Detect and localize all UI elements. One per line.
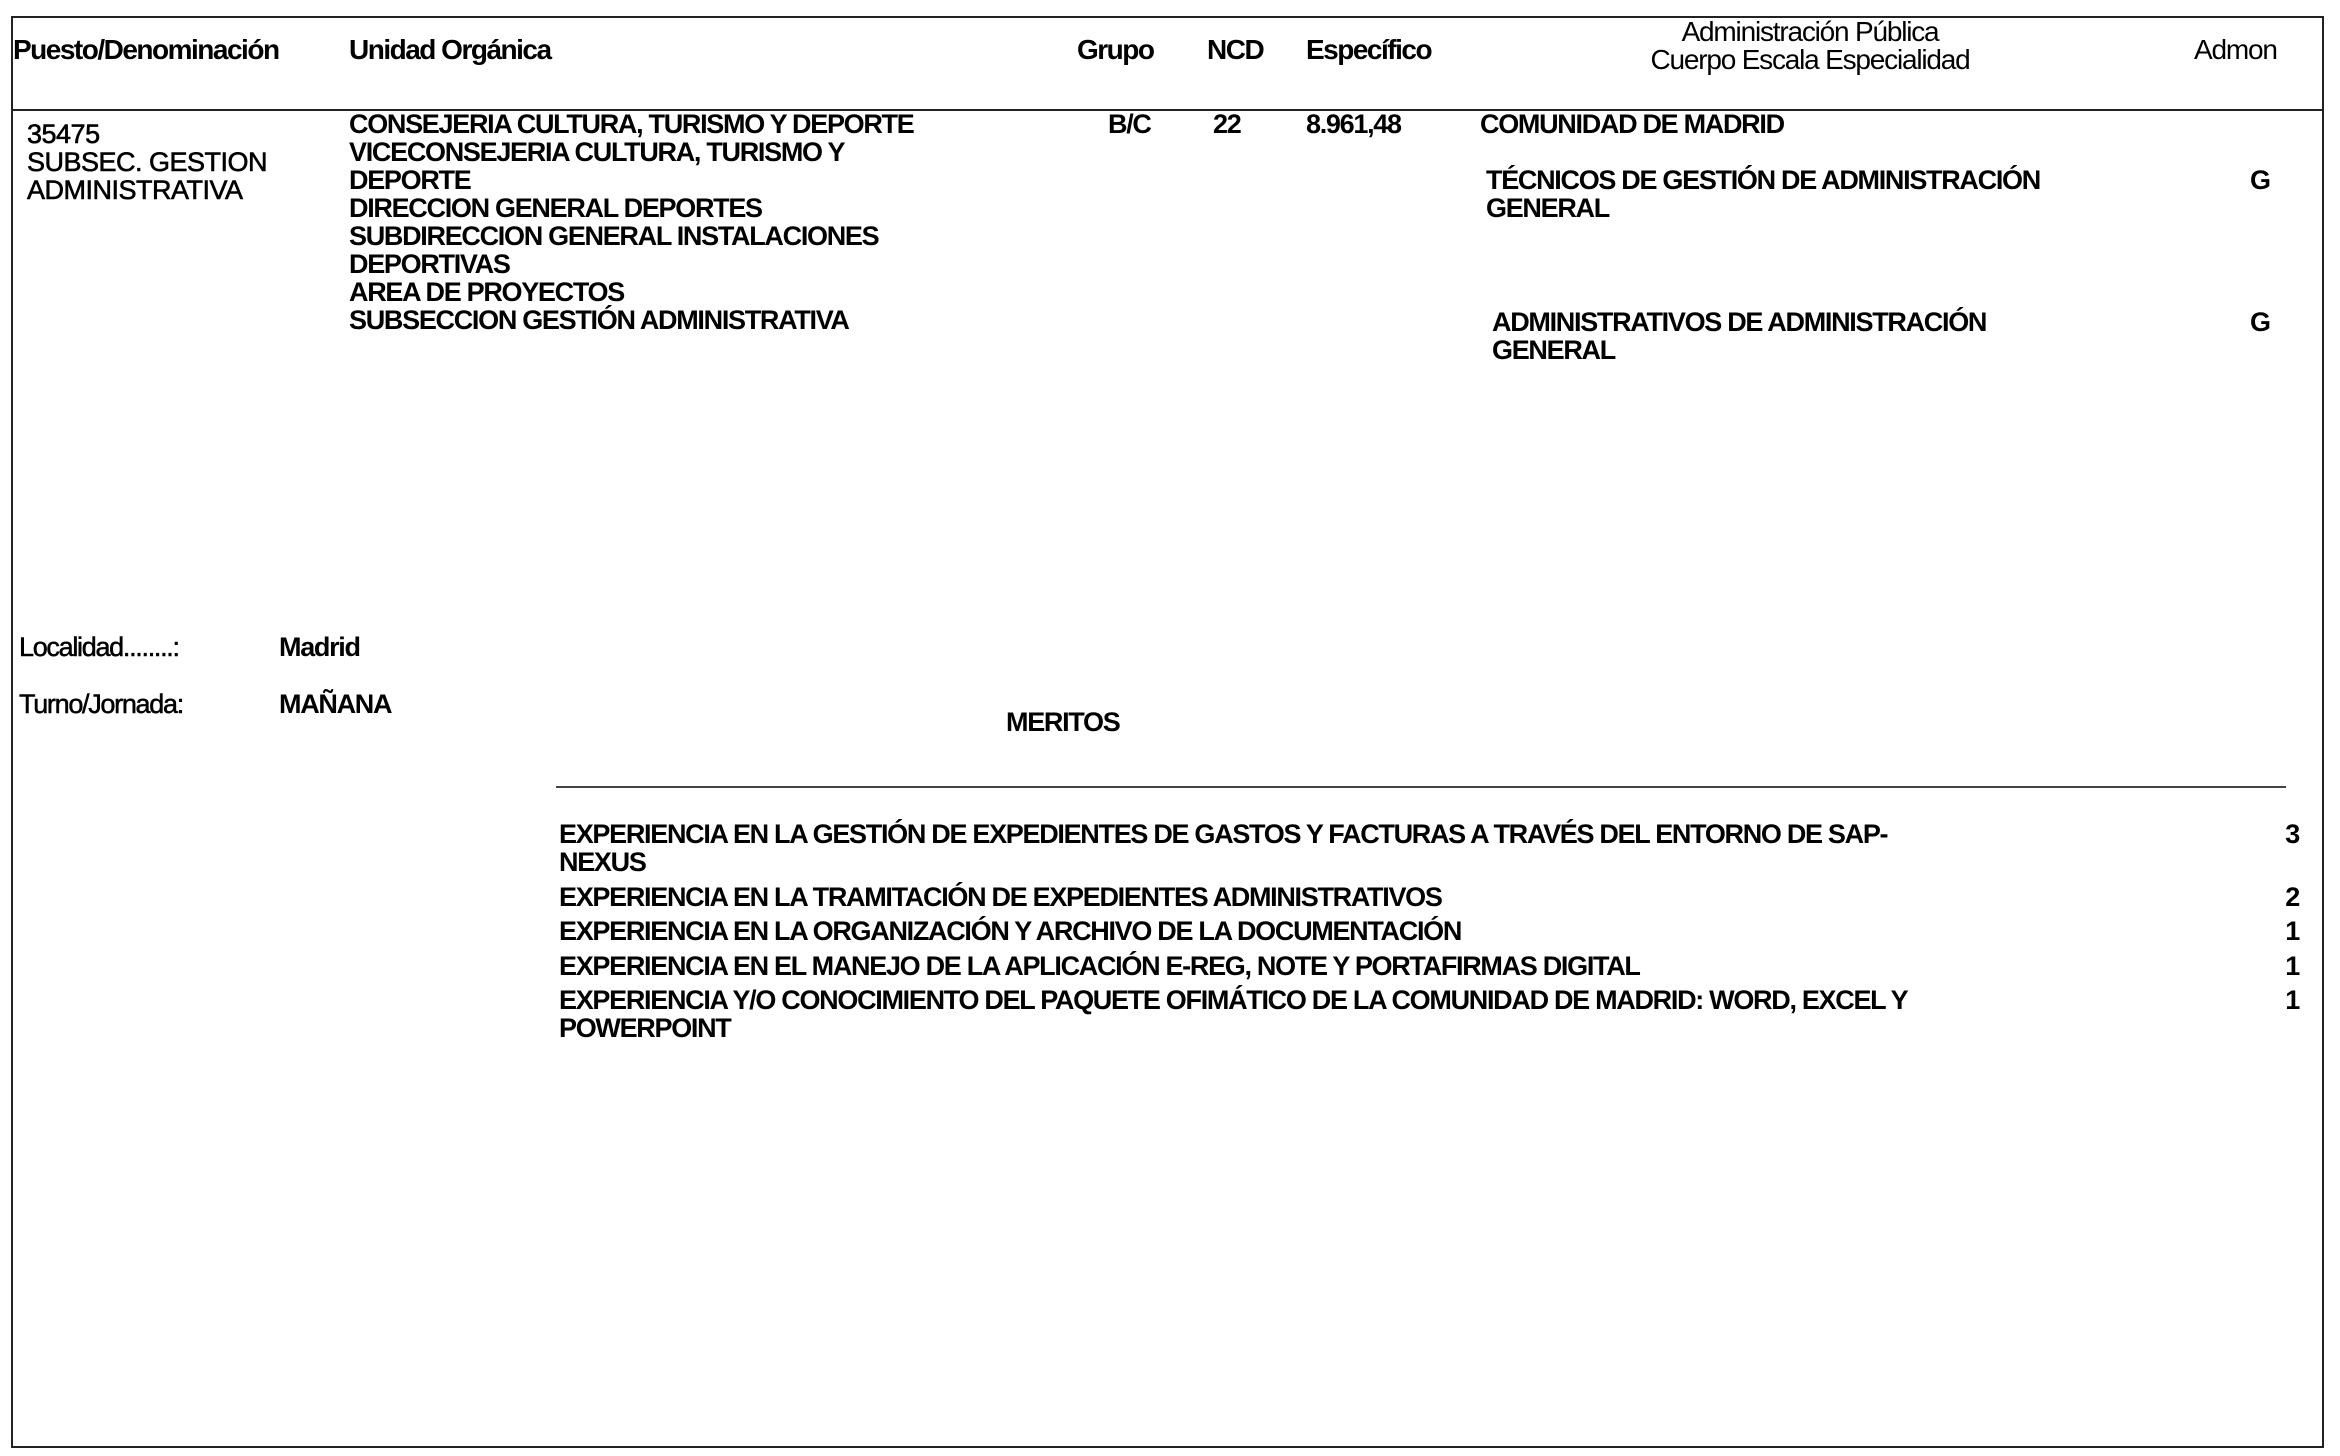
puesto-denominacion-2: ADMINISTRATIVA <box>27 176 267 204</box>
header-grupo: Grupo <box>1077 36 1154 64</box>
cuerpo-1-line-1: TÉCNICOS DE GESTIÓN DE ADMINISTRACIÓN <box>1486 166 2040 194</box>
header-puesto: Puesto/Denominación <box>13 36 279 64</box>
cuerpo-1-admon: G <box>2250 166 2270 194</box>
cuerpo-1: TÉCNICOS DE GESTIÓN DE ADMINISTRACIÓN GE… <box>1486 166 2040 222</box>
puesto-denominacion-1: SUBSEC. GESTION <box>27 148 267 176</box>
merito-text: EXPERIENCIA EN EL MANEJO DE LA APLICACIÓ… <box>559 952 1959 980</box>
turno-value: MAÑANA <box>279 690 391 718</box>
merito-points: 1 <box>2259 917 2299 945</box>
cuerpo-2: ADMINISTRATIVOS DE ADMINISTRACIÓN GENERA… <box>1492 308 1986 364</box>
unidad-organica-line: DIRECCION GENERAL DEPORTES <box>349 194 913 222</box>
meritos-title: MERITOS <box>1006 708 1119 736</box>
unidad-organica-line: VICECONSEJERIA CULTURA, TURISMO Y <box>349 138 913 166</box>
unidad-organica-line: DEPORTE <box>349 166 913 194</box>
header-administracion: Administración Pública <box>1580 18 2040 46</box>
administracion-value: COMUNIDAD DE MADRID <box>1480 110 1784 138</box>
merito-text: EXPERIENCIA EN LA TRAMITACIÓN DE EXPEDIE… <box>559 883 1959 911</box>
unidad-organica-line: SUBDIRECCION GENERAL INSTALACIONES <box>349 222 913 250</box>
merito-text: EXPERIENCIA Y/O CONOCIMIENTO DEL PAQUETE… <box>559 986 1959 1042</box>
unidad-organica-line: CONSEJERIA CULTURA, TURISMO Y DEPORTE <box>349 110 913 138</box>
cuerpo-2-line-2: GENERAL <box>1492 336 1986 364</box>
cuerpo-1-line-2: GENERAL <box>1486 194 2040 222</box>
cuerpo-2-line-1: ADMINISTRATIVOS DE ADMINISTRACIÓN <box>1492 308 1986 336</box>
especifico-value: 8.961,48 <box>1306 110 1401 138</box>
ncd-value: 22 <box>1213 110 1240 138</box>
cuerpo-2-admon: G <box>2250 308 2270 336</box>
unidad-organica-list: CONSEJERIA CULTURA, TURISMO Y DEPORTE VI… <box>349 110 913 334</box>
puesto-codigo: 35475 <box>27 120 267 148</box>
header-admon: Admon <box>2194 36 2277 64</box>
merito-text: EXPERIENCIA EN LA ORGANIZACIÓN Y ARCHIVO… <box>559 917 1959 945</box>
grupo-value: B/C <box>1108 110 1151 138</box>
turno-label: Turno/Jornada: <box>19 690 183 718</box>
merito-points: 1 <box>2259 952 2299 980</box>
puesto-block: 35475 SUBSEC. GESTION ADMINISTRATIVA <box>27 120 267 204</box>
unidad-organica-line: SUBSECCION GESTIÓN ADMINISTRATIVA <box>349 306 913 334</box>
header-especifico: Específico <box>1306 36 1431 64</box>
merito-points: 2 <box>2259 883 2299 911</box>
header-ncd: NCD <box>1207 36 1263 64</box>
merito-points: 1 <box>2259 986 2299 1014</box>
localidad-value: Madrid <box>279 633 360 661</box>
unidad-organica-line: AREA DE PROYECTOS <box>349 278 913 306</box>
header-unidad-organica: Unidad Orgánica <box>349 36 551 64</box>
header-cuerpo-escala: Cuerpo Escala Especialidad <box>1580 46 2040 74</box>
meritos-divider <box>556 786 2286 788</box>
merito-text: EXPERIENCIA EN LA GESTIÓN DE EXPEDIENTES… <box>559 820 1959 876</box>
localidad-label: Localidad........: <box>19 633 179 661</box>
unidad-organica-line: DEPORTIVAS <box>349 250 913 278</box>
merito-points: 3 <box>2259 820 2299 848</box>
